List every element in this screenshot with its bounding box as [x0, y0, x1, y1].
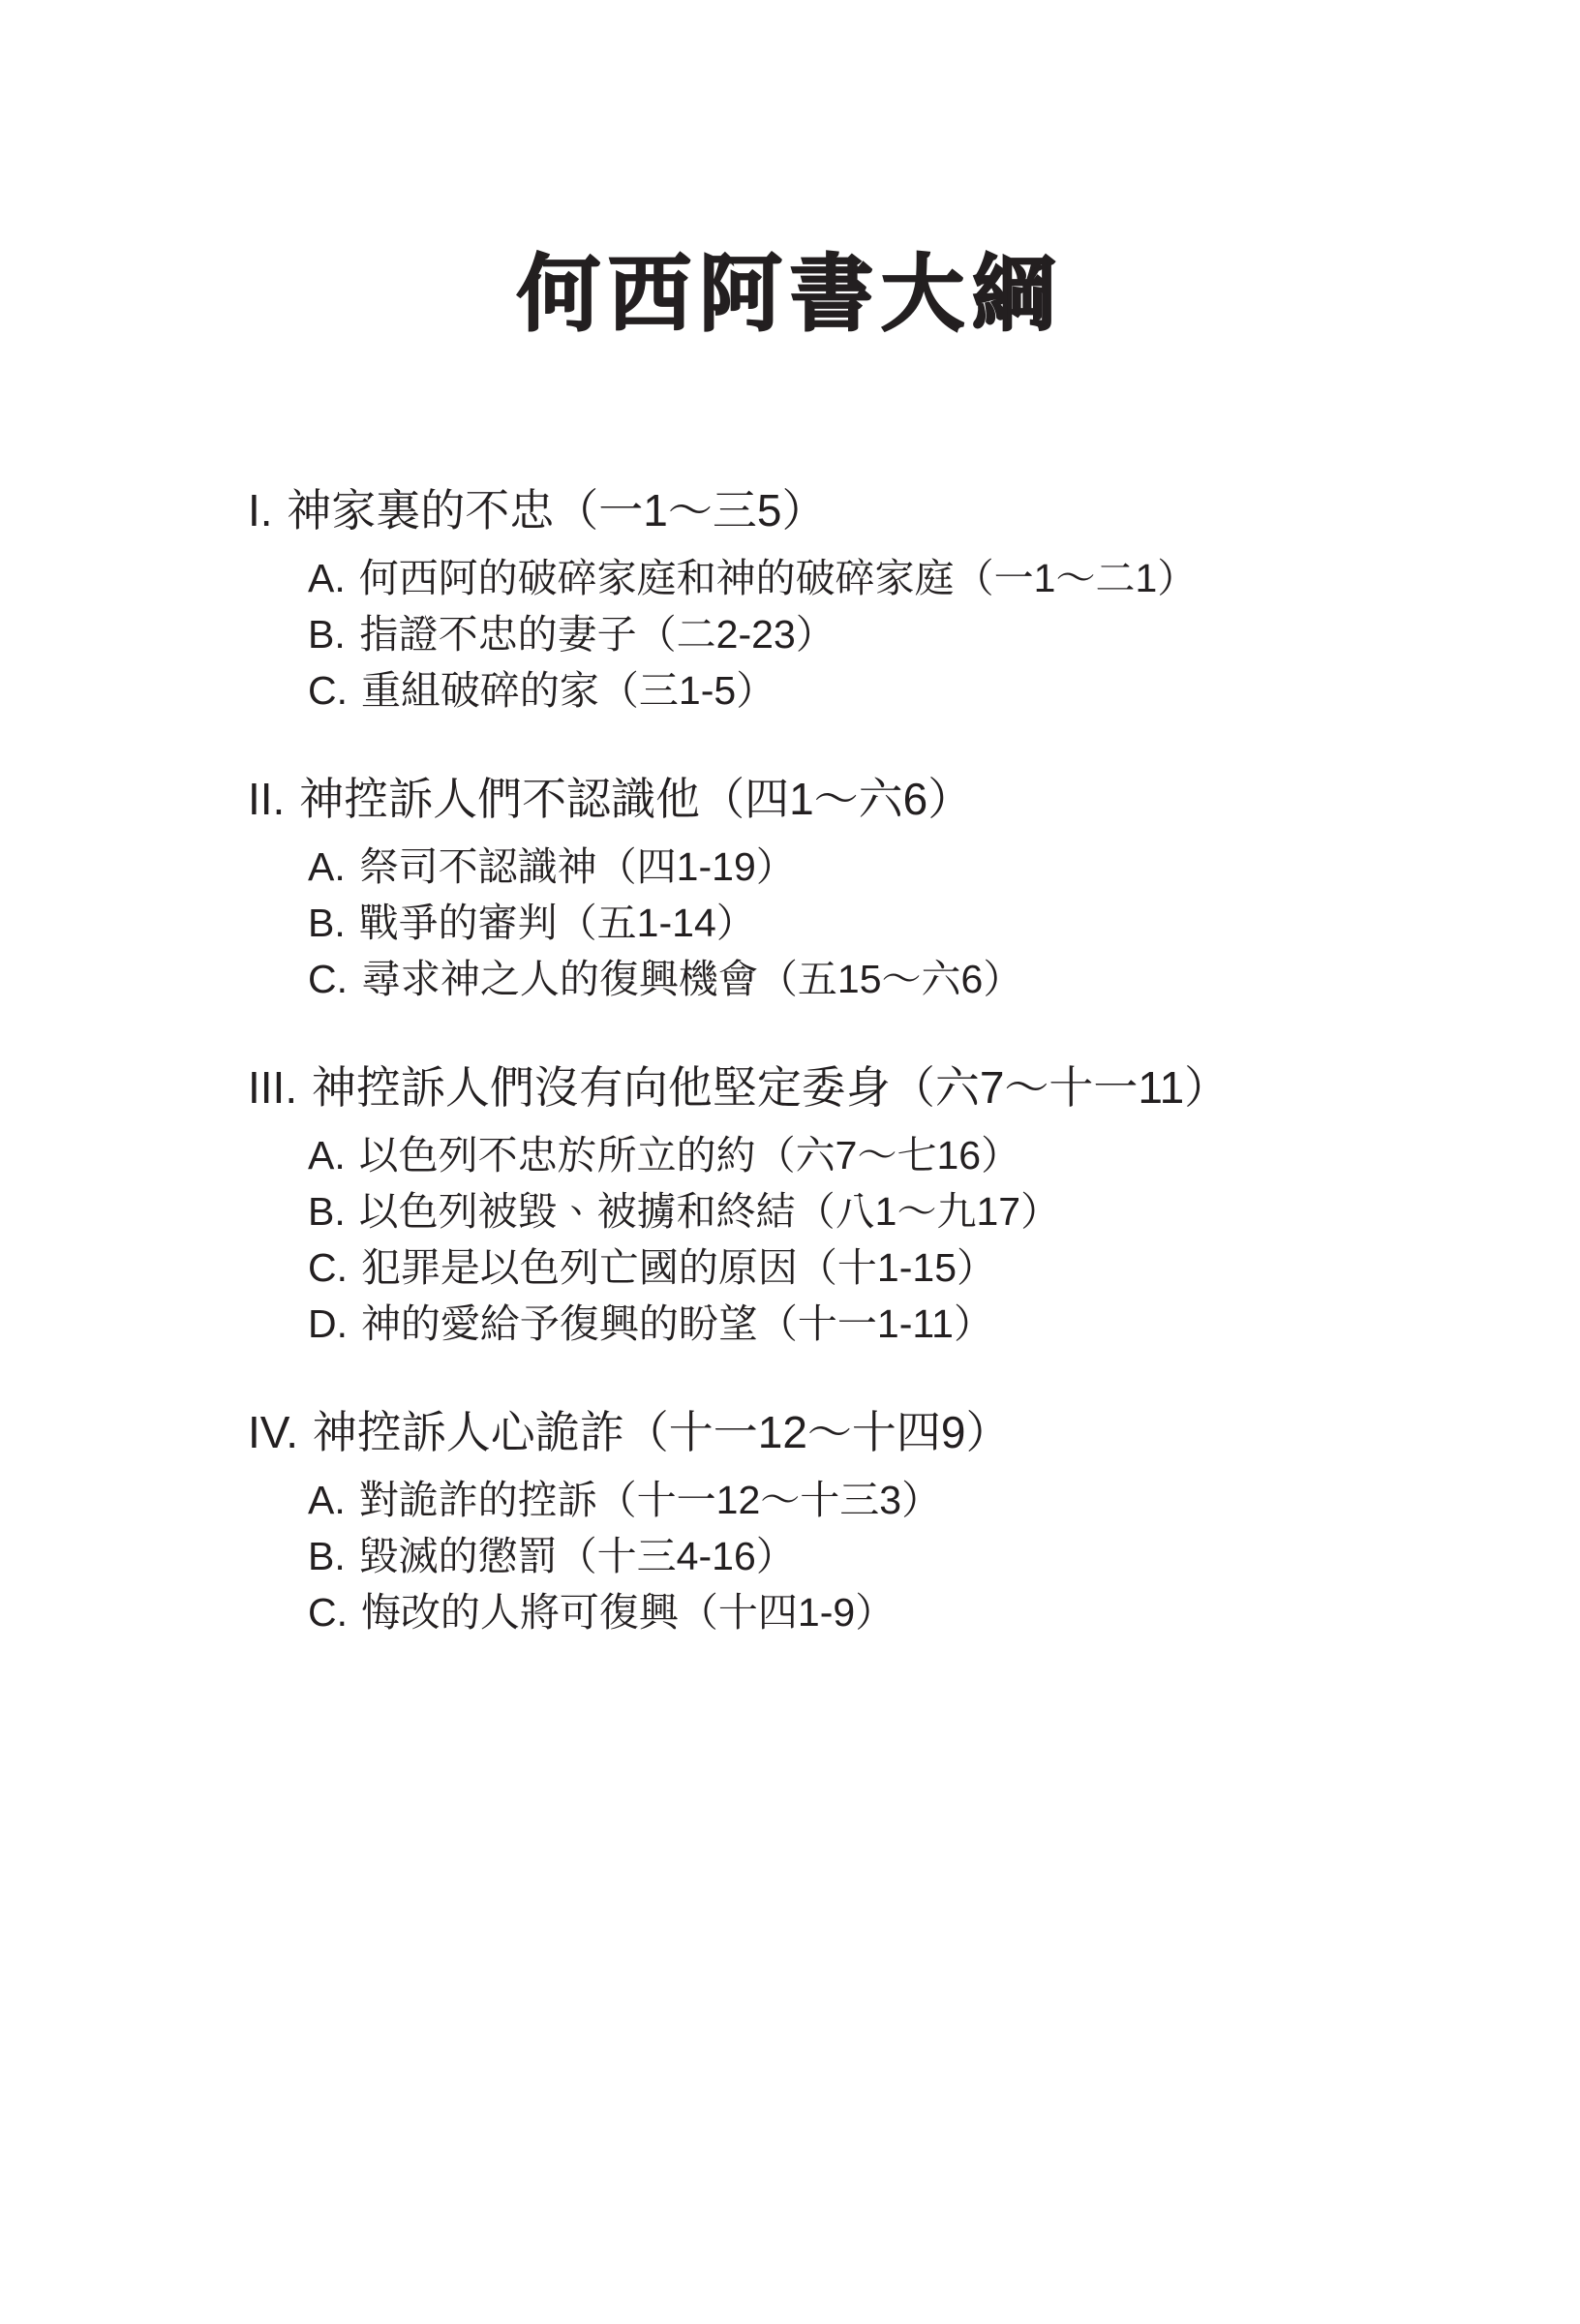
outline-item: B.以色列被毀、被擄和終結（八1～九17） — [308, 1183, 1464, 1239]
section-heading-text: 神控訴人們沒有向他堅定委身（六7～十一11） — [312, 1062, 1229, 1113]
section-items: A.對詭詐的控訴（十一12～十三3） B.毀滅的懲罰（十三4-16） C.悔改的… — [308, 1472, 1464, 1640]
item-text: 戰爭的審判（五1-14） — [359, 901, 756, 945]
outline: I.神家裏的不忠（一1～三5） A.何西阿的破碎家庭和神的破碎家庭（一1～二1）… — [248, 480, 1464, 1640]
item-marker: A. — [308, 550, 346, 606]
section-heading-text: 神控訴人們不認識他（四1～六6） — [299, 774, 972, 824]
section-heading: IV.神控訴人心詭詐（十一12～十四9） — [248, 1402, 1464, 1462]
section-items: A.何西阿的破碎家庭和神的破碎家庭（一1～二1） B.指證不忠的妻子（二2-23… — [308, 550, 1464, 719]
outline-item: C.重組破碎的家（三1-5） — [308, 662, 1464, 719]
item-text: 犯罪是以色列亡國的原因（十1-15） — [361, 1245, 996, 1290]
item-marker: B. — [308, 606, 346, 662]
section-number: IV. — [248, 1402, 298, 1462]
outline-section-2: II.神控訴人們不認識他（四1～六6） A.祭司不認識神（四1-19） B.戰爭… — [248, 769, 1464, 1007]
item-marker: B. — [308, 1183, 346, 1239]
item-text: 以色列被毀、被擄和終結（八1～九17） — [359, 1189, 1060, 1234]
section-number: II. — [248, 769, 285, 829]
document-page: 何西阿書大綱 I.神家裏的不忠（一1～三5） A.何西阿的破碎家庭和神的破碎家庭… — [0, 0, 1580, 2324]
item-marker: C. — [308, 1239, 348, 1296]
section-heading: II.神控訴人們不認識他（四1～六6） — [248, 769, 1464, 829]
item-text: 悔改的人將可復興（十四1-9） — [361, 1590, 895, 1635]
item-text: 指證不忠的妻子（二2-23） — [359, 612, 836, 657]
section-heading-text: 神家裏的不忠（一1～三5） — [287, 485, 826, 535]
item-marker: A. — [308, 839, 346, 895]
outline-section-3: III.神控訴人們沒有向他堅定委身（六7～十一11） A.以色列不忠於所立的約（… — [248, 1057, 1464, 1352]
outline-item: B.毀滅的懲罰（十三4-16） — [308, 1528, 1464, 1584]
outline-item: B.指證不忠的妻子（二2-23） — [308, 606, 1464, 662]
item-text: 毀滅的懲罰（十三4-16） — [359, 1534, 796, 1578]
section-heading-text: 神控訴人心詭詐（十一12～十四9） — [313, 1407, 1011, 1457]
outline-item: A.對詭詐的控訴（十一12～十三3） — [308, 1472, 1464, 1528]
item-marker: D. — [308, 1296, 348, 1352]
outline-item: A.祭司不認識神（四1-19） — [308, 839, 1464, 895]
section-items: A.祭司不認識神（四1-19） B.戰爭的審判（五1-14） C.尋求神之人的復… — [308, 839, 1464, 1007]
section-heading: I.神家裏的不忠（一1～三5） — [248, 480, 1464, 540]
item-text: 神的愛給予復興的盼望（十一1-11） — [361, 1301, 993, 1346]
item-text: 對詭詐的控訴（十一12～十三3） — [359, 1478, 941, 1522]
section-items: A.以色列不忠於所立的約（六7～七16） B.以色列被毀、被擄和終結（八1～九1… — [308, 1127, 1464, 1352]
item-marker: A. — [308, 1472, 346, 1528]
outline-item: C.悔改的人將可復興（十四1-9） — [308, 1584, 1464, 1640]
outline-item: C.犯罪是以色列亡國的原因（十1-15） — [308, 1239, 1464, 1296]
outline-item: D.神的愛給予復興的盼望（十一1-11） — [308, 1296, 1464, 1352]
item-marker: B. — [308, 1528, 346, 1584]
item-text: 尋求神之人的復興機會（五15～六6） — [361, 957, 1022, 1001]
outline-item: A.何西阿的破碎家庭和神的破碎家庭（一1～二1） — [308, 550, 1464, 606]
item-marker: C. — [308, 662, 348, 719]
item-marker: A. — [308, 1127, 346, 1183]
document-title: 何西阿書大綱 — [0, 0, 1580, 345]
item-marker: B. — [308, 895, 346, 951]
item-text: 祭司不認識神（四1-19） — [359, 844, 796, 889]
section-heading: III.神控訴人們沒有向他堅定委身（六7～十一11） — [248, 1057, 1464, 1117]
section-number: III. — [248, 1057, 297, 1117]
outline-item: B.戰爭的審判（五1-14） — [308, 895, 1464, 951]
item-marker: C. — [308, 951, 348, 1007]
item-marker: C. — [308, 1584, 348, 1640]
item-text: 何西阿的破碎家庭和神的破碎家庭（一1～二1） — [359, 556, 1198, 600]
section-number: I. — [248, 480, 273, 540]
outline-section-4: IV.神控訴人心詭詐（十一12～十四9） A.對詭詐的控訴（十一12～十三3） … — [248, 1402, 1464, 1640]
outline-item: C.尋求神之人的復興機會（五15～六6） — [308, 951, 1464, 1007]
outline-section-1: I.神家裏的不忠（一1～三5） A.何西阿的破碎家庭和神的破碎家庭（一1～二1）… — [248, 480, 1464, 719]
item-text: 以色列不忠於所立的約（六7～七16） — [359, 1133, 1020, 1177]
item-text: 重組破碎的家（三1-5） — [361, 668, 775, 713]
outline-item: A.以色列不忠於所立的約（六7～七16） — [308, 1127, 1464, 1183]
